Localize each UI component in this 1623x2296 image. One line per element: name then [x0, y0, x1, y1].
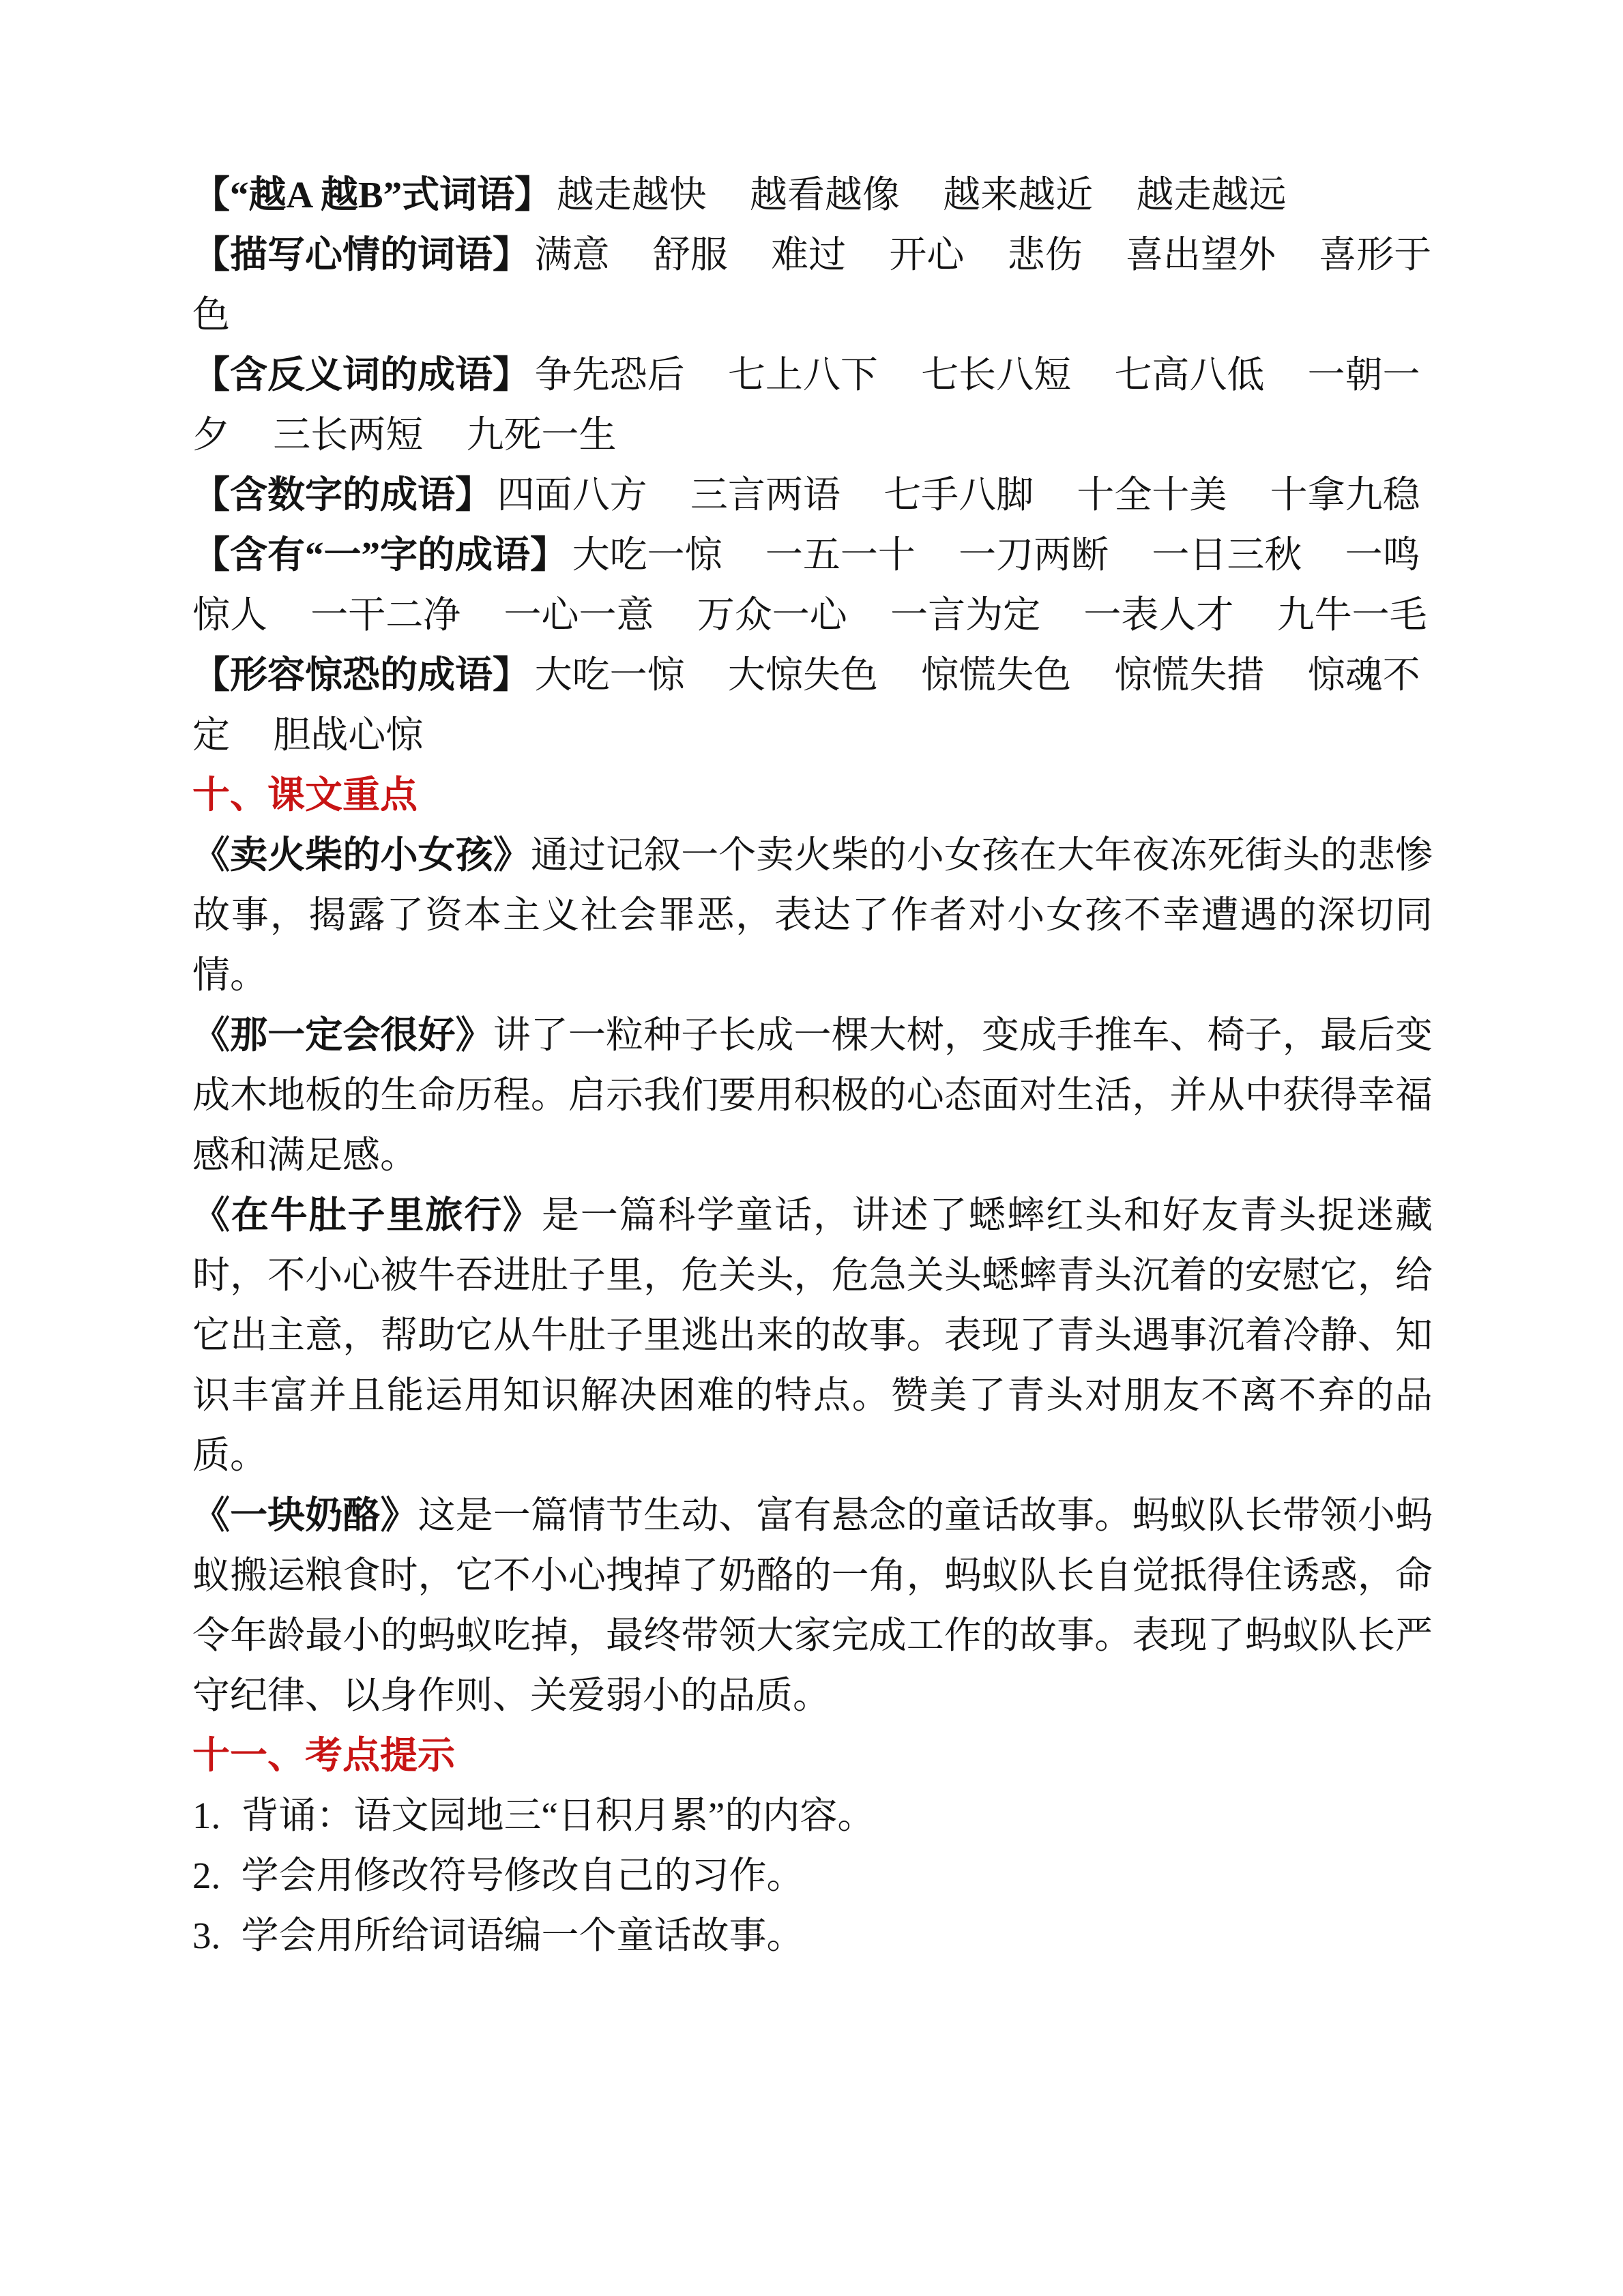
word-item: 大吃一惊 [572, 534, 722, 576]
exam-point: 3.学会用所给词语编一个童话故事。 [192, 1906, 1433, 1966]
word-item: 一言为定 [890, 594, 1040, 636]
word-list-label: 【“越A 越B”式词语】 [192, 174, 552, 216]
word-item: 大吃一惊 [535, 654, 685, 696]
word-list-entry: 【形容惊恐的成语】大吃一惊大惊失色惊慌失色惊慌失措惊魂不定胆战心惊 [192, 645, 1433, 765]
paragraph-book-title: 《卖火柴的小女孩》 [192, 834, 531, 876]
word-item: 七手八脚 [883, 474, 1034, 516]
lesson-paragraph: 《一块奶酪》这是一篇情节生动、富有悬念的童话故事。蚂蚁队长带领小蚂蚁搬运粮食时，… [192, 1486, 1433, 1726]
paragraph-book-title: 《在牛肚子里旅行》 [192, 1194, 542, 1236]
word-item: 喜出望外 [1126, 234, 1276, 276]
word-item: 一干二净 [310, 594, 460, 636]
word-list-entry: 【“越A 越B”式词语】越走越快越看越像越来越近越走越远 [192, 165, 1433, 225]
word-item: 一表人才 [1083, 594, 1233, 636]
word-item: 九牛一毛 [1277, 594, 1427, 636]
lesson-paragraph: 《那一定会很好》讲了一粒种子长成一棵大树，变成手推车、椅子，最后变成木地板的生命… [192, 1005, 1433, 1186]
word-list-entry: 【含反义词的成语】争先恐后七上八下七长八短七高八低一朝一夕三长两短九死一生 [192, 345, 1433, 465]
paragraph-book-title: 《一块奶酪》 [192, 1495, 418, 1536]
word-item: 悲伤 [1008, 234, 1083, 276]
word-item: 九死一生 [467, 414, 617, 456]
word-item: 十全十美 [1077, 474, 1227, 516]
document-page: 【“越A 越B”式词语】越走越快越看越像越来越近越走越远【描写心情的词语】满意舒… [192, 165, 1433, 1966]
word-item: 满意 [535, 234, 610, 276]
word-item: 大惊失色 [728, 654, 878, 696]
exam-point-text: 背诵：语文园地三“日积月累”的内容。 [242, 1795, 875, 1836]
word-item: 越走越远 [1137, 174, 1287, 216]
word-item: 三长两短 [273, 414, 423, 456]
word-item: 开心 [889, 234, 964, 276]
exam-points-list: 1.背诵：语文园地三“日积月累”的内容。2.学会用修改符号修改自己的习作。3.学… [192, 1786, 1433, 1966]
section-heading-lesson-focus: 十、课文重点 [192, 765, 1433, 825]
word-item: 胆战心惊 [273, 714, 423, 756]
word-item: 惊慌失色 [921, 654, 1071, 696]
paragraph-book-title: 《那一定会很好》 [192, 1014, 493, 1056]
lesson-summary-section: 《卖火柴的小女孩》通过记叙一个卖火柴的小女孩在大年夜冻死街头的悲惨故事，揭露了资… [192, 825, 1433, 1726]
exam-point: 1.背诵：语文园地三“日积月累”的内容。 [192, 1786, 1433, 1846]
word-item: 七长八短 [921, 354, 1071, 396]
section-heading-exam-points: 十一、考点提示 [192, 1726, 1433, 1786]
word-item: 一心一意 [504, 594, 654, 636]
word-list-label: 【含反义词的成语】 [192, 354, 530, 396]
word-list-label: 【含数字的成语】 [192, 474, 493, 516]
word-item: 越来越近 [943, 174, 1093, 216]
word-item: 舒服 [653, 234, 728, 276]
word-list-entry: 【描写心情的词语】满意舒服难过开心悲伤喜出望外喜形于色 [192, 225, 1433, 345]
word-item: 七高八低 [1114, 354, 1264, 396]
word-item: 十拿九稳 [1270, 474, 1420, 516]
word-item: 四面八方 [497, 474, 647, 516]
word-list-entry: 【含数字的成语】四面八方三言两语七手八脚十全十美十拿九稳 [192, 465, 1433, 525]
word-list-section: 【“越A 越B”式词语】越走越快越看越像越来越近越走越远【描写心情的词语】满意舒… [192, 165, 1433, 765]
word-item: 越走越快 [557, 174, 707, 216]
word-item: 争先恐后 [535, 354, 685, 396]
exam-point-number: 2. [192, 1855, 220, 1896]
word-item: 一五一十 [765, 534, 916, 576]
lesson-paragraph: 《卖火柴的小女孩》通过记叙一个卖火柴的小女孩在大年夜冻死街头的悲惨故事，揭露了资… [192, 825, 1433, 1005]
word-list-label: 【描写心情的词语】 [192, 234, 530, 276]
word-list-label: 【形容惊恐的成语】 [192, 654, 530, 696]
word-item: 一日三秋 [1152, 534, 1302, 576]
exam-point-number: 3. [192, 1915, 220, 1956]
paragraph-text: 是一篇科学童话，讲述了蟋蟀红头和好友青头捉迷藏时，不小心被牛吞进肚子里，危关头，… [192, 1194, 1433, 1476]
word-item: 难过 [771, 234, 846, 276]
word-item: 一刀两断 [959, 534, 1109, 576]
exam-point-text: 学会用修改符号修改自己的习作。 [242, 1855, 804, 1896]
lesson-paragraph: 《在牛肚子里旅行》是一篇科学童话，讲述了蟋蟀红头和好友青头捉迷藏时，不小心被牛吞… [192, 1186, 1433, 1486]
word-item: 越看越像 [750, 174, 900, 216]
exam-point-text: 学会用所给词语编一个童话故事。 [242, 1915, 804, 1956]
exam-point-number: 1. [192, 1795, 220, 1836]
word-item: 三言两语 [690, 474, 840, 516]
exam-point: 2.学会用修改符号修改自己的习作。 [192, 1846, 1433, 1906]
word-item: 七上八下 [728, 354, 878, 396]
word-list-entry: 【含有“一”字的成语】大吃一惊一五一十一刀两断一日三秋一鸣惊人一干二净一心一意万… [192, 525, 1433, 645]
word-item: 惊慌失措 [1114, 654, 1264, 696]
word-item: 万众一心 [697, 594, 847, 636]
word-list-label: 【含有“一”字的成语】 [192, 534, 568, 576]
